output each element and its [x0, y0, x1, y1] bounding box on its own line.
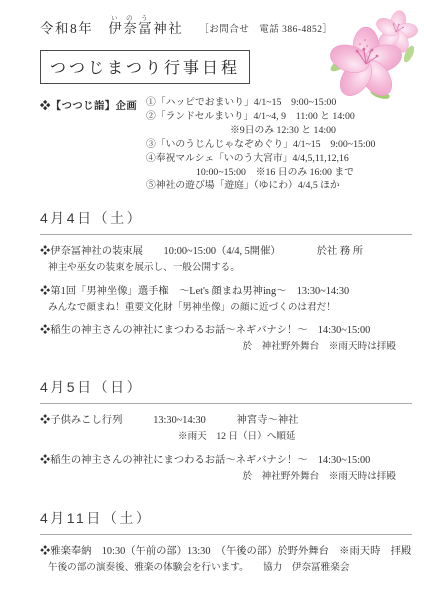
section-date: 4月11日（土） — [40, 508, 412, 528]
section-rule — [40, 234, 412, 235]
event: ❖伊奈冨神社の装束展 10:00~15:00（4/4, 5開催） 於社 務 所 … — [40, 244, 412, 275]
program-line: ②「ランドセルまいり」4/1~4, 9 11:00 と 14:00 — [146, 110, 412, 124]
program-line-note: ※9日のみ 12:30 と 14:00 — [230, 124, 412, 138]
program-line: ③「いのうじんじゃなぞめぐり」4/1~15 9:00~15:00 — [146, 138, 412, 152]
flyer-page: 令和8年 伊奈冨いのう神社 ［お問合せ 電話 386-4852］ つつじまつり行… — [0, 0, 424, 575]
event-venue-note: 於 神社野外舞台 ※雨天時は拝殿 — [40, 339, 412, 355]
event-title-line: ❖稲生の神主さんの神社にまつわるお話～ネギバナシ！～ 14:30~15:00 — [40, 453, 412, 469]
program-lines: ①「ハッピでおまいり」4/1~15 9:00~15:00 ②「ランドセルまいり」… — [146, 96, 412, 193]
program-label: ❖【つつじ詣】企画 — [40, 96, 146, 193]
era-text: 令和8年 — [40, 21, 93, 36]
contact-info: ［お問合せ 電話 386-4852］ — [199, 21, 332, 37]
event-title-line: ❖稲生の神主さんの神社にまつわるお話～ネギバナシ！～ 14:30~15:00 — [40, 323, 412, 339]
azalea-flower-icon — [324, 2, 424, 104]
program-line: ④奉祝マルシェ「いのう大宮市」4/4,5,11,12,16 — [146, 152, 412, 166]
section-rule — [40, 403, 412, 404]
event-title-line: ❖伊奈冨神社の装束展 10:00~15:00（4/4, 5開催） 於社 務 所 — [40, 244, 412, 260]
shrine-name: 伊奈冨いのう — [108, 21, 153, 36]
shrine-suffix: 神社 — [153, 21, 183, 36]
event: ❖稲生の神主さんの神社にまつわるお話～ネギバナシ！～ 14:30~15:00 於… — [40, 323, 412, 355]
event-venue-note: 於 神社野外舞台 ※雨天時は拝殿 — [40, 469, 412, 485]
event: ❖第1回「男神坐像」選手権 ～Let's 顔まね男神ing～ 13:30~14:… — [40, 284, 412, 315]
event: ❖子供みこし行列 13:30~14:30 神宮寺～神社 ※雨天 12 日（日）へ… — [40, 413, 412, 445]
shrine-title: 令和8年 伊奈冨いのう神社 — [40, 15, 183, 37]
event-rain-note: ※雨天 12 日（日）へ順延 — [178, 429, 412, 445]
event-title-line: ❖子供みこし行列 13:30~14:30 神宮寺～神社 — [40, 413, 412, 429]
section-date: 4月5日（日） — [40, 377, 412, 397]
event-description: 午後の部の演奏後、雅楽の体験会を行います。 協力 伊奈冨雅楽会 — [48, 560, 412, 575]
event-title-line: ❖第1回「男神坐像」選手権 ～Let's 顔まね男神ing～ 13:30~14:… — [40, 284, 412, 300]
event: ❖稲生の神主さんの神社にまつわるお話～ネギバナシ！～ 14:30~15:00 於… — [40, 453, 412, 485]
section-april-4: 4月4日（土） ❖伊奈冨神社の装束展 10:00~15:00（4/4, 5開催）… — [40, 208, 412, 355]
program-line-note: 10:00~15:00 ※16 日のみ 16:00 まで — [196, 166, 412, 180]
program-line: ⑤神社の遊び場「遊庭」（ゆにわ）4/4,5 ほか — [146, 179, 412, 193]
event-description: 神主や巫女の装束を展示し、一般公開する。 — [48, 260, 412, 275]
page-title: つつじまつり行事日程 — [40, 50, 250, 84]
event: ❖雅楽奉納 10:30（午前の部）13:30 （午後の部）於野外舞台 ※雨天時 … — [40, 544, 412, 575]
section-date: 4月4日（土） — [40, 208, 412, 228]
event-description: みんなで顔まね！重要文化財「男神坐像」の顔に近づくのは君だ！ — [48, 300, 412, 315]
event-title-line: ❖雅楽奉納 10:30（午前の部）13:30 （午後の部）於野外舞台 ※雨天時 … — [40, 544, 412, 560]
program-block: ❖【つつじ詣】企画 ①「ハッピでおまいり」4/1~15 9:00~15:00 ②… — [40, 96, 412, 193]
section-april-11: 4月11日（土） ❖雅楽奉納 10:30（午前の部）13:30 （午後の部）於野… — [40, 508, 412, 575]
section-rule — [40, 534, 412, 535]
furigana: いのう — [108, 15, 153, 22]
program-line: ①「ハッピでおまいり」4/1~15 9:00~15:00 — [146, 96, 412, 110]
section-april-5: 4月5日（日） ❖子供みこし行列 13:30~14:30 神宮寺～神社 ※雨天 … — [40, 377, 412, 486]
